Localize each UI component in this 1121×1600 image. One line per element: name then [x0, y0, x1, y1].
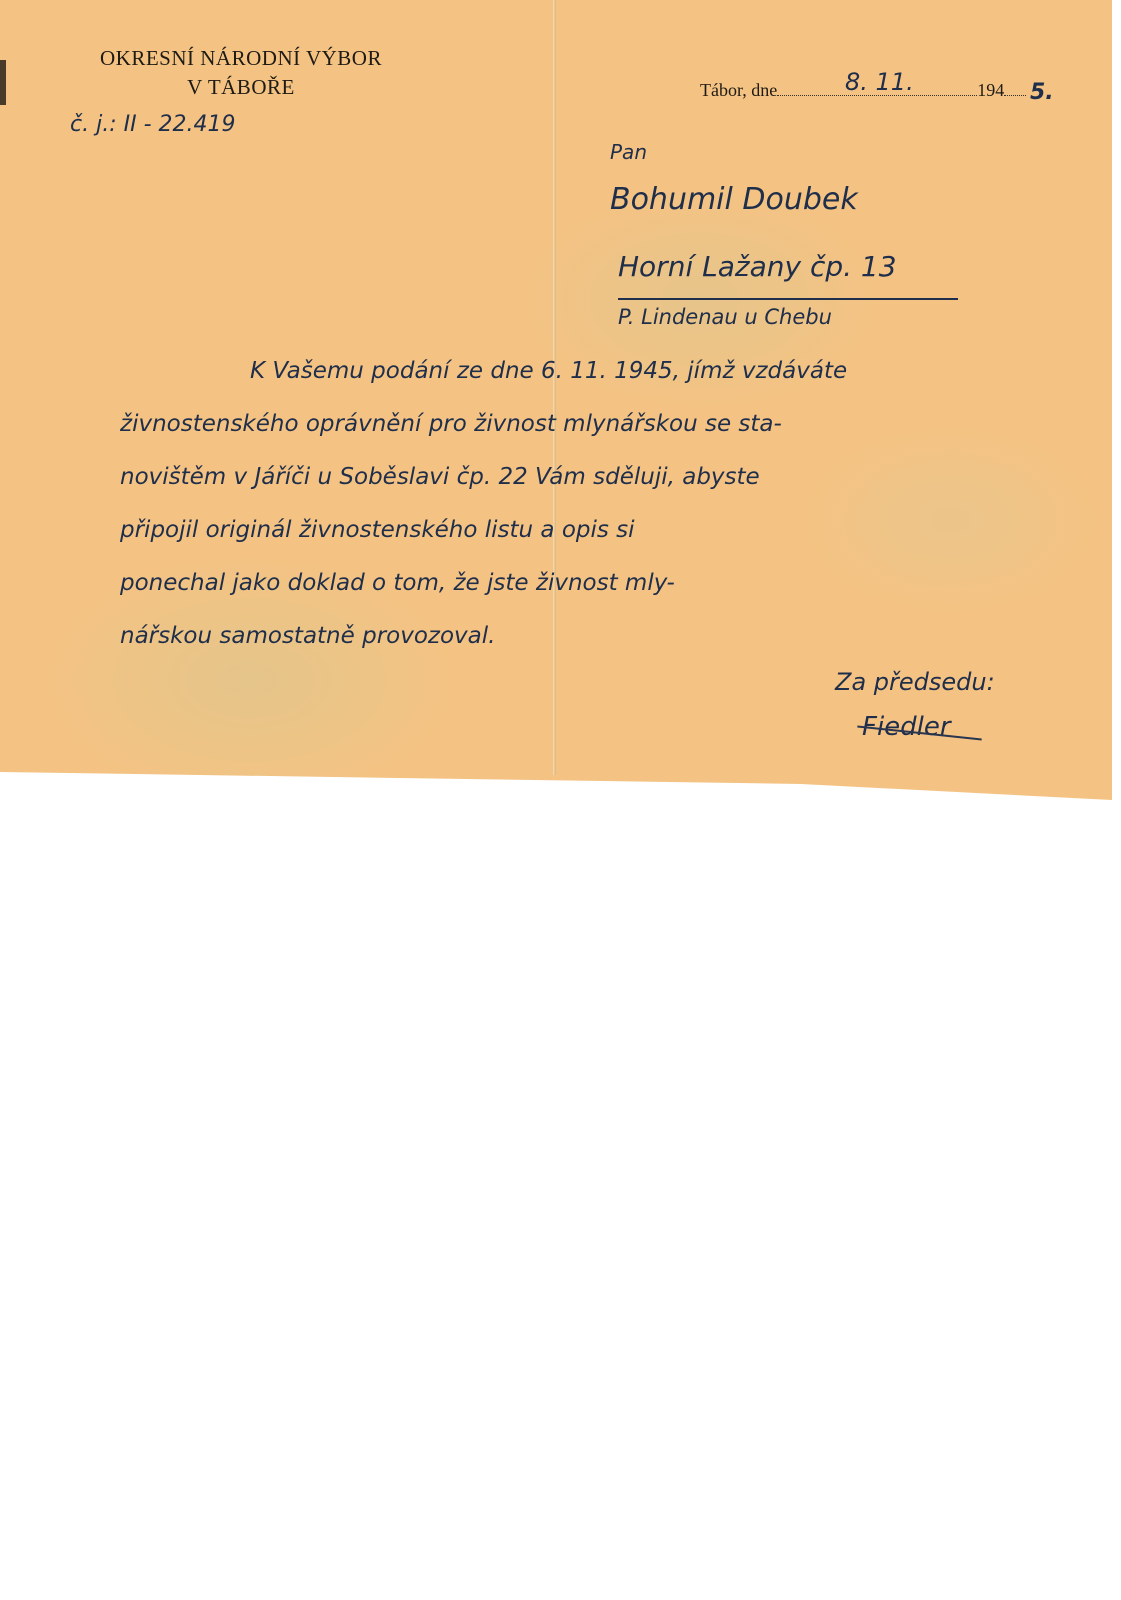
letterhead: OKRESNÍ NÁRODNÍ VÝBOR V TÁBOŘE [66, 44, 416, 102]
binder-clip [0, 60, 6, 105]
handwritten-date: 8. 11. [845, 68, 914, 96]
handwritten-year: 5. [1030, 80, 1054, 105]
body-line: novištěm v Jáříči u Soběslavi čp. 22 Vám… [120, 451, 1040, 504]
letterhead-line2: V TÁBOŘE [66, 73, 416, 102]
body-line: připojil originál živnostenského listu a… [120, 504, 1040, 557]
place-label: Tábor, dne [700, 80, 777, 100]
addressee-post: P. Lindenau u Chebu [618, 305, 832, 329]
body-line: ponechal jako doklad o tom, že jste živn… [120, 557, 1040, 610]
signature: Fiedler [862, 712, 951, 742]
body-line: živnostenského oprávnění pro živnost mly… [120, 398, 1040, 451]
addressee-salutation: Pan [610, 140, 647, 164]
closing-text: Za předsedu: [835, 668, 995, 696]
letter-paper: OKRESNÍ NÁRODNÍ VÝBOR V TÁBOŘE č. j.: II… [0, 0, 1112, 800]
addressee-name: Bohumil Doubek [610, 182, 858, 217]
body-line: K Vašemu podání ze dne 6. 11. 1945, jímž… [120, 345, 1040, 398]
address-underline [618, 298, 958, 300]
letterhead-line1: OKRESNÍ NÁRODNÍ VÝBOR [66, 44, 416, 73]
reference-number: č. j.: II - 22.419 [70, 112, 235, 137]
year-prefix: 194 [977, 80, 1004, 100]
letter-body: K Vašemu podání ze dne 6. 11. 1945, jímž… [120, 345, 1040, 663]
addressee-address: Horní Lažany čp. 13 [618, 250, 897, 283]
year-dotted-line [1004, 81, 1026, 96]
body-line: nářskou samostatně provozoval. [120, 610, 1040, 663]
